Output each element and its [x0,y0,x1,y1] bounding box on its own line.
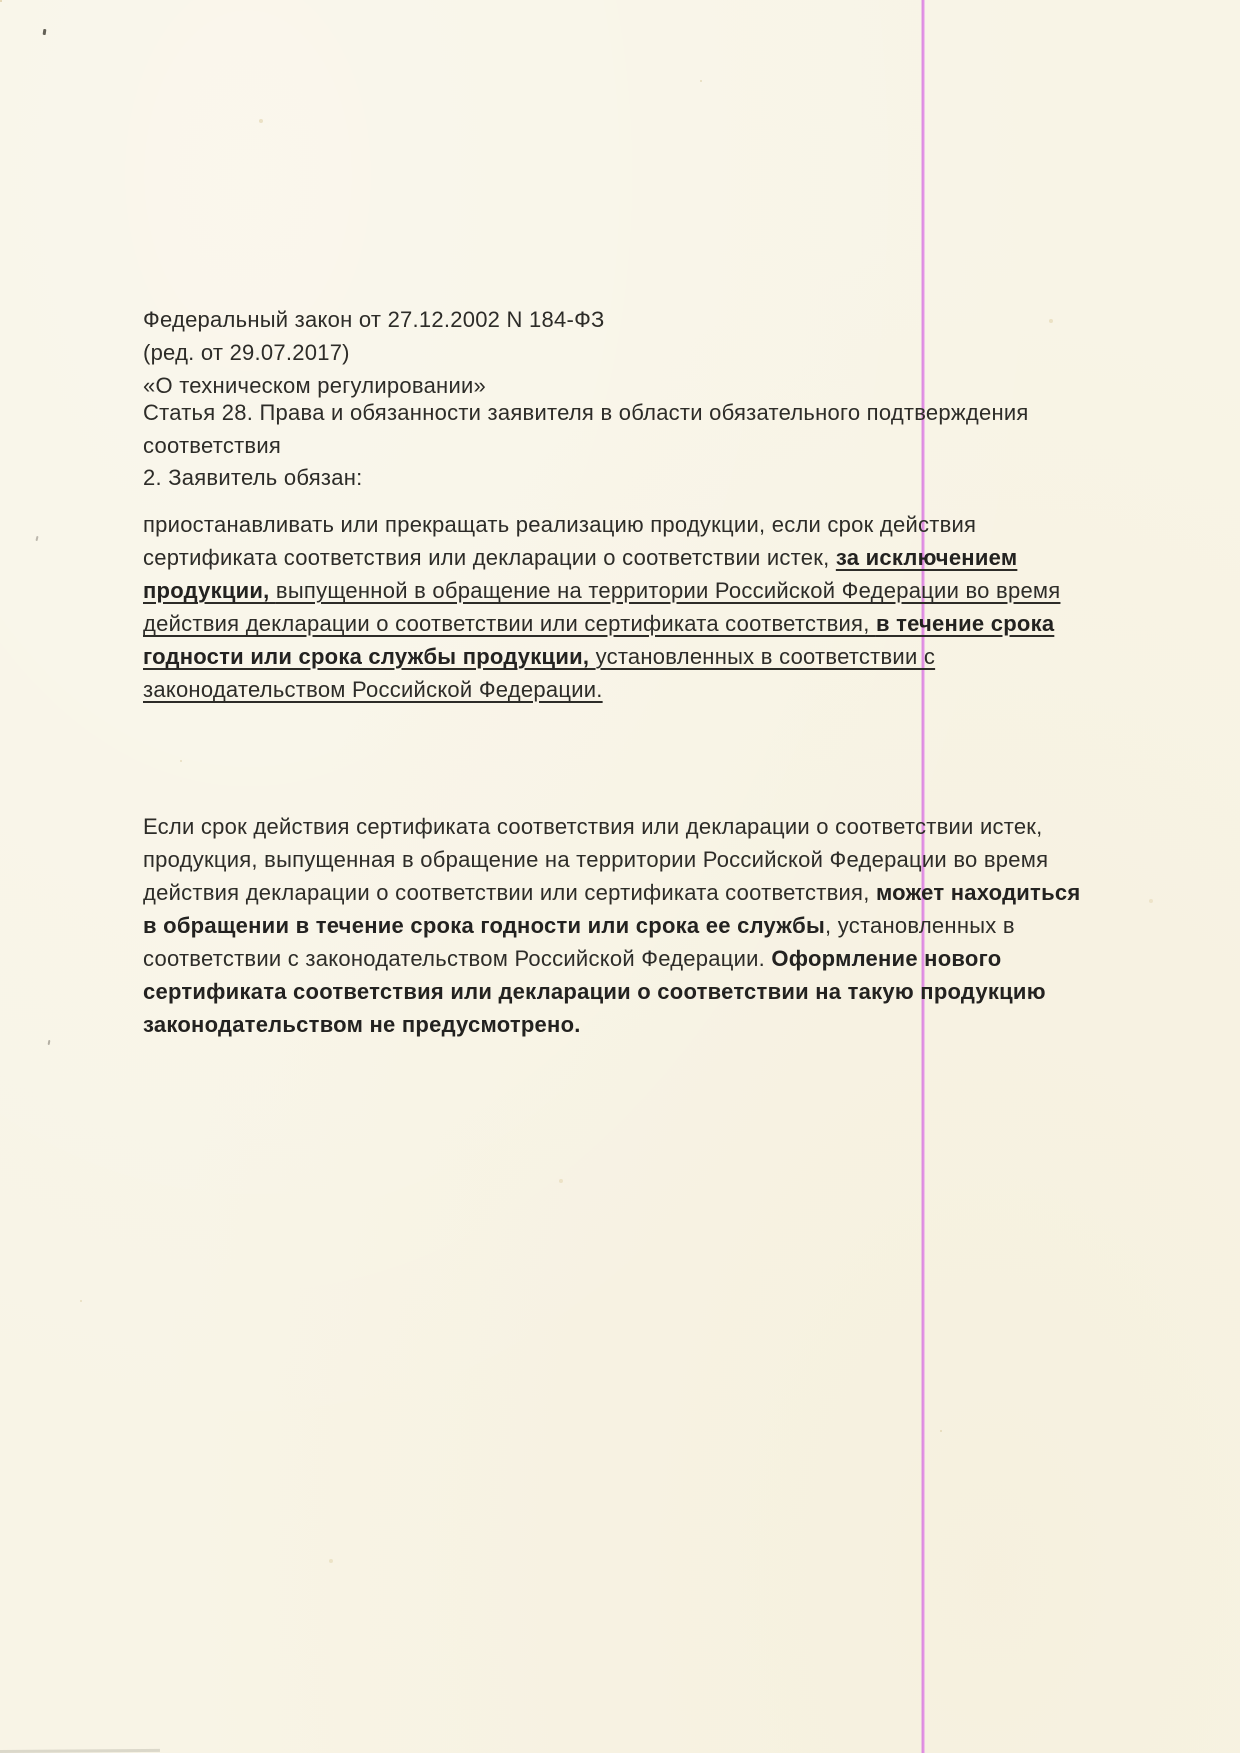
text-segment: действия декларации о соответствии или с… [143,611,876,636]
text-segment: может находиться [876,880,1081,905]
text-line: продукция, выпущенная в обращение на тер… [143,843,1043,876]
text-segment: (ред. от 29.07.2017) [143,340,350,365]
text-segment: Если срок действия сертификата соответст… [143,814,1043,839]
text-segment: продукция, выпущенная в обращение на тер… [143,847,1048,872]
text-segment: Оформление нового [771,946,1001,971]
text-line: соответствии с законодательством Российс… [143,942,1043,975]
article-heading-block: Статья 28. Права и обязанности заявителя… [143,396,1043,462]
text-line: сертификата соответствия или декларации … [143,541,1043,574]
text-line: соответствия [143,429,1043,462]
text-segment: законодательством Российской Федерации. [143,677,603,702]
paragraph-suspend-block: приостанавливать или прекращать реализац… [143,508,1043,706]
text-segment: в течение срока [876,611,1054,636]
text-line: приостанавливать или прекращать реализац… [143,508,1043,541]
text-segment: 2. Заявитель обязан: [143,465,362,490]
text-segment: в обращении в течение срока годности или… [143,913,825,938]
text-segment: соответствии с законодательством Российс… [143,946,771,971]
text-segment: Статья 28. Права и обязанности заявителя… [143,400,1029,425]
text-line: Статья 28. Права и обязанности заявителя… [143,396,1043,429]
paragraph-circulation-block: Если срок действия сертификата соответст… [143,810,1043,1041]
law-title-block: Федеральный закон от 27.12.2002 N 184-ФЗ… [143,303,1043,402]
text-segment: Федеральный закон от 27.12.2002 N 184-ФЗ [143,307,605,332]
text-line: сертификата соответствия или декларации … [143,975,1043,1008]
text-segment: за исключением [836,545,1018,570]
text-line: (ред. от 29.07.2017) [143,336,1043,369]
text-segment: приостанавливать или прекращать реализац… [143,512,976,537]
text-line: в обращении в течение срока годности или… [143,909,1043,942]
text-line: Федеральный закон от 27.12.2002 N 184-ФЗ [143,303,1043,336]
text-segment: действия декларации о соответствии или с… [143,880,876,905]
text-line: Если срок действия сертификата соответст… [143,810,1043,843]
text-segment: сертификата соответствия или декларации … [143,979,1046,1004]
text-line: действия декларации о соответствии или с… [143,607,1043,640]
text-segment: годности или срока службы продукции, [143,644,596,669]
text-segment: выпущенной в обращение на территории Рос… [276,578,1061,603]
text-segment: сертификата соответствия или декларации … [143,545,836,570]
text-segment: , установленных в [825,913,1015,938]
text-line: действия декларации о соответствии или с… [143,876,1043,909]
paper-grain [0,0,2,2]
text-line: годности или срока службы продукции, уст… [143,640,1043,673]
text-line: законодательством не предусмотрено. [143,1008,1043,1041]
clause-block: 2. Заявитель обязан: [143,461,1043,494]
text-segment: законодательством не предусмотрено. [143,1012,581,1037]
text-segment: «О техническом регулировании» [143,373,486,398]
text-segment: продукции, [143,578,276,603]
text-segment: соответствия [143,433,281,458]
text-line: продукции, выпущенной в обращение на тер… [143,574,1043,607]
text-segment: установленных в соответствии с [596,644,936,669]
text-line: 2. Заявитель обязан: [143,461,1043,494]
text-line: законодательством Российской Федерации. [143,673,1043,706]
